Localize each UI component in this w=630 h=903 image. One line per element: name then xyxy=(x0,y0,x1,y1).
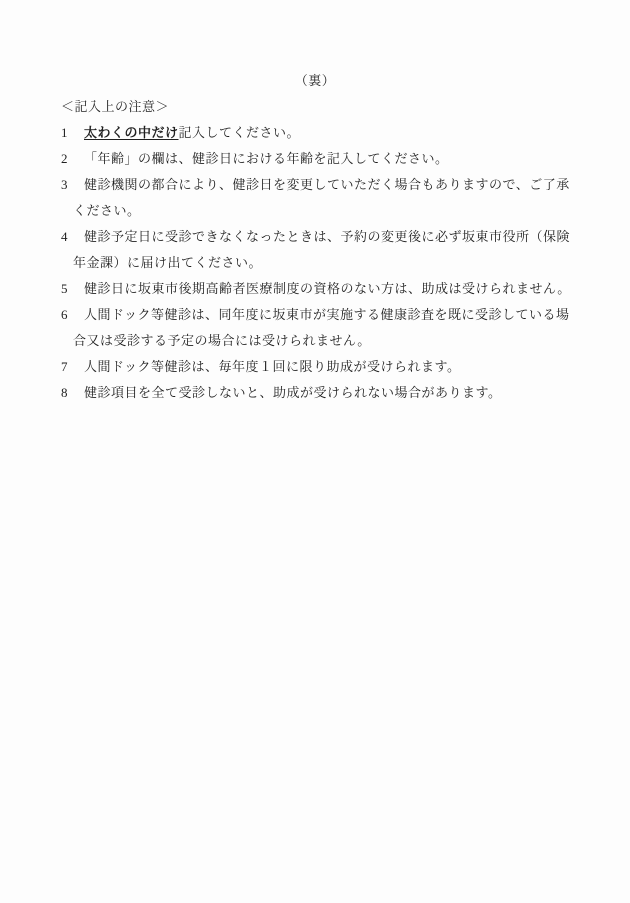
note-text: 健診日に坂東市後期高齢者医療制度の資格のない方は、助成は受けられません。 xyxy=(84,276,630,302)
note-text-line-continuation: ください。 xyxy=(73,198,630,224)
note-rest: 記入してください。 xyxy=(179,125,301,140)
note-number: 2 xyxy=(61,146,84,172)
note-number: 7 xyxy=(61,354,84,380)
note-text-line: 太わくの中だけ記入してください。 xyxy=(84,120,630,146)
note-item-2: 2 「年齢」の欄は、健診日における年齢を記入してください。 xyxy=(61,146,630,172)
note-emphasis-bold-underline: 太わくの中だけ xyxy=(84,125,179,140)
section-title: ＜記入上の注意＞ xyxy=(61,94,630,120)
note-text-line: 人間ドック等健診は、毎年度１回に限り助成が受けられます。 xyxy=(84,354,630,380)
note-number: 8 xyxy=(61,380,84,406)
note-text: 「年齢」の欄は、健診日における年齢を記入してください。 xyxy=(84,146,630,172)
note-text-line: 健診予定日に受診できなくなったときは、予約の変更後に必ず坂東市役所（保険 xyxy=(84,224,630,250)
note-text: 人間ドック等健診は、毎年度１回に限り助成が受けられます。 xyxy=(84,354,630,380)
note-number: 5 xyxy=(61,276,84,302)
note-text: 太わくの中だけ記入してください。 xyxy=(84,120,630,146)
note-text: 健診項目を全て受診しないと、助成が受けられない場合があります。 xyxy=(84,380,630,406)
note-text: 健診機関の都合により、健診日を変更していただく場合もありますので、ご了承 くださ… xyxy=(84,172,630,224)
note-text: 健診予定日に受診できなくなったときは、予約の変更後に必ず坂東市役所（保険 年金課… xyxy=(84,224,630,276)
note-item-1: 1 太わくの中だけ記入してください。 xyxy=(61,120,630,146)
note-text-line: 健診機関の都合により、健診日を変更していただく場合もありますので、ご了承 xyxy=(84,172,630,198)
document-page: （裏） ＜記入上の注意＞ 1 太わくの中だけ記入してください。 2 「年齢」の欄… xyxy=(0,0,630,903)
note-item-4: 4 健診予定日に受診できなくなったときは、予約の変更後に必ず坂東市役所（保険 年… xyxy=(61,224,630,276)
note-text-line-continuation: 合又は受診する予定の場合には受けられません。 xyxy=(73,328,630,354)
note-text: 人間ドック等健診は、同年度に坂東市が実施する健康診査を既に受診している場 合又は… xyxy=(84,302,630,354)
note-text-line-continuation: 年金課）に届け出てください。 xyxy=(73,250,630,276)
note-text-line: 人間ドック等健診は、同年度に坂東市が実施する健康診査を既に受診している場 xyxy=(84,302,630,328)
page-side-label: （裏） xyxy=(0,68,630,94)
note-text-line: 健診項目を全て受診しないと、助成が受けられない場合があります。 xyxy=(84,380,630,406)
note-item-3: 3 健診機関の都合により、健診日を変更していただく場合もありますので、ご了承 く… xyxy=(61,172,630,224)
note-item-6: 6 人間ドック等健診は、同年度に坂東市が実施する健康診査を既に受診している場 合… xyxy=(61,302,630,354)
note-number: 1 xyxy=(61,120,84,146)
note-item-8: 8 健診項目を全て受診しないと、助成が受けられない場合があります。 xyxy=(61,380,630,406)
note-item-5: 5 健診日に坂東市後期高齢者医療制度の資格のない方は、助成は受けられません。 xyxy=(61,276,630,302)
note-text-line: 「年齢」の欄は、健診日における年齢を記入してください。 xyxy=(84,146,630,172)
note-text-line: 健診日に坂東市後期高齢者医療制度の資格のない方は、助成は受けられません。 xyxy=(84,276,630,302)
note-item-7: 7 人間ドック等健診は、毎年度１回に限り助成が受けられます。 xyxy=(61,354,630,380)
